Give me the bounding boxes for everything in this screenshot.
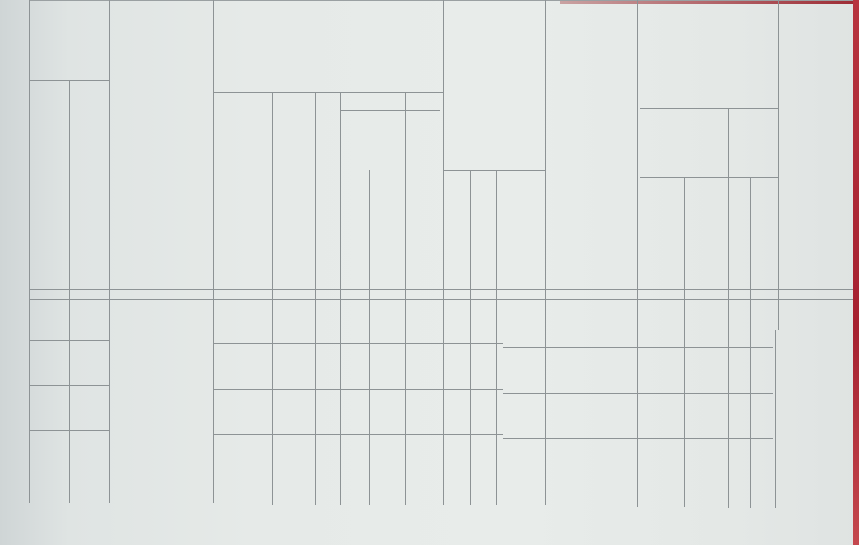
header-wind-direction	[348, 115, 362, 285]
header-detected-daily	[733, 182, 747, 286]
header-humidity	[322, 96, 336, 286]
header-wind-speed	[374, 115, 402, 285]
header-start	[451, 175, 465, 285]
header-weather	[418, 96, 432, 286]
header-mac-daily	[757, 182, 771, 286]
header-absorbers	[34, 85, 64, 285]
header-detected	[654, 182, 668, 286]
red-backdrop-right	[853, 0, 859, 545]
document-page	[0, 0, 853, 545]
header-mac	[700, 182, 714, 286]
header-sampling-rate	[503, 175, 541, 285]
header-temperature	[278, 96, 308, 286]
header-points-by-sketch	[74, 85, 104, 285]
header-end	[477, 175, 491, 285]
header-pressure	[224, 96, 254, 286]
